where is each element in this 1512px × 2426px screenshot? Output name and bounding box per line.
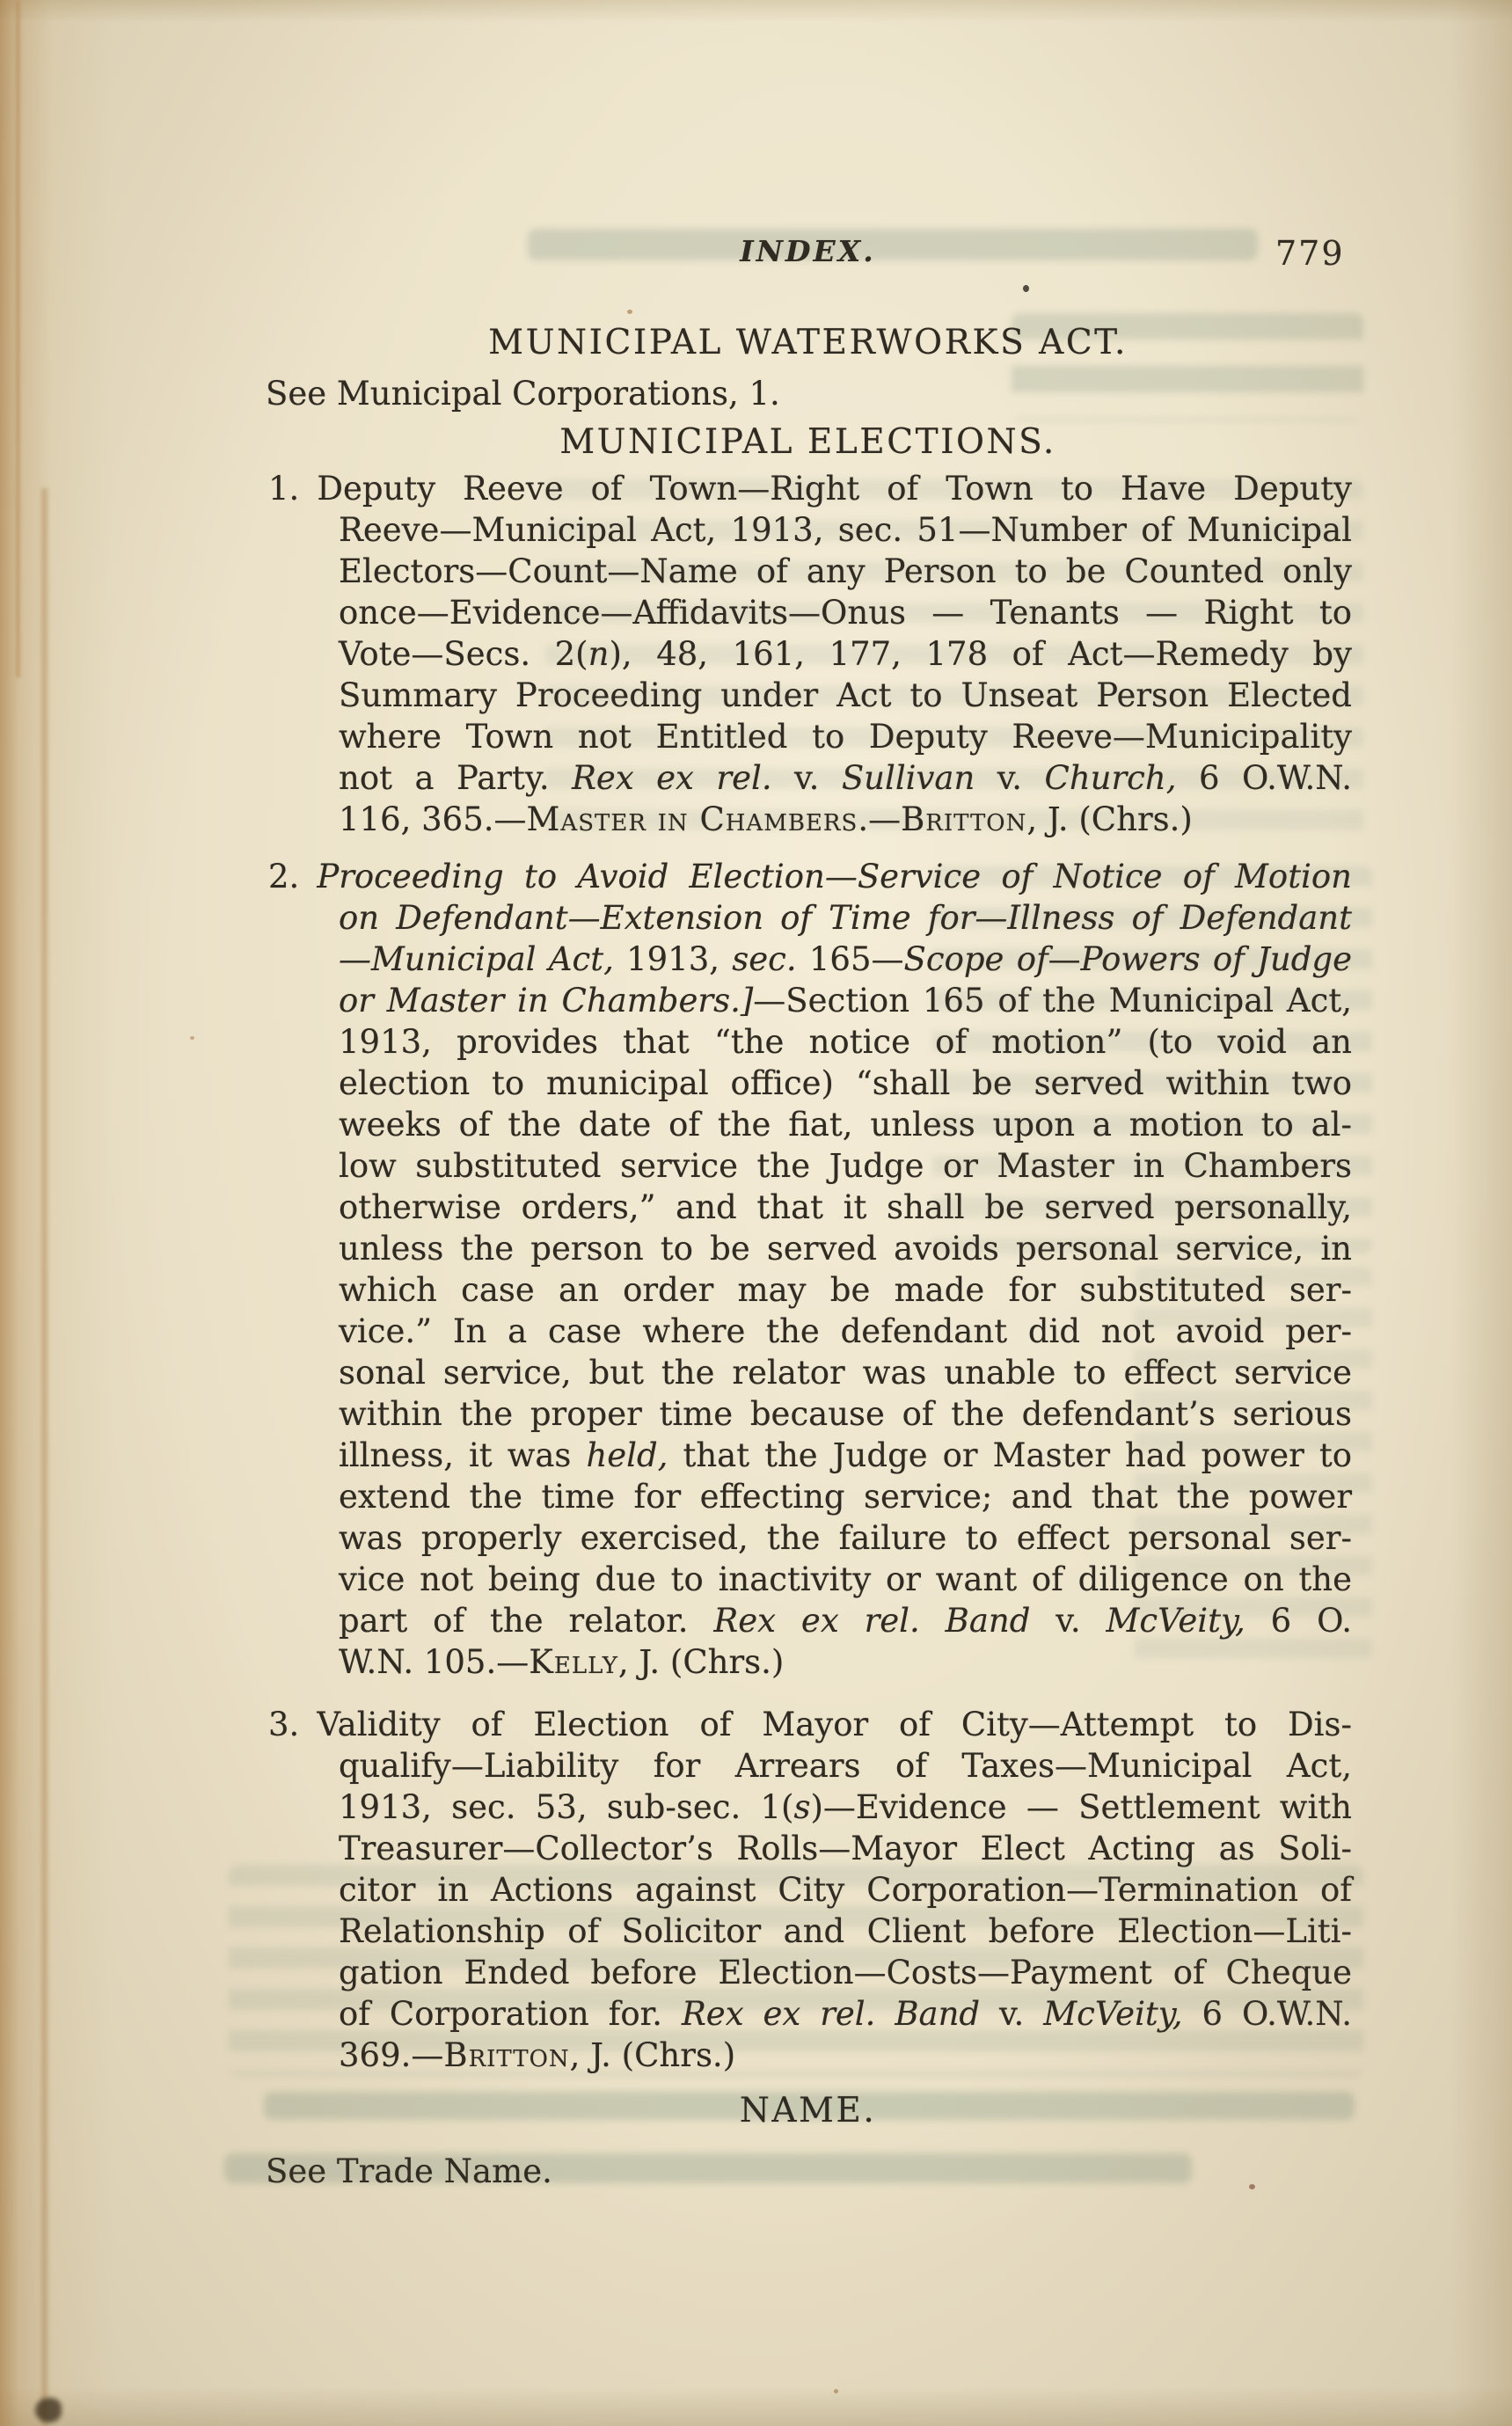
entry-line: extend the time for effecting service; a…	[339, 1476, 1352, 1517]
entry-line: W.N. 105.—Kelly, J. (Chrs.)	[339, 1641, 1352, 1683]
body-text: 1913, provides that “the notice of motio…	[339, 1023, 1352, 1061]
italic-text: Powers of Judge	[1081, 940, 1352, 978]
entry-line: low substituted service the Judge or Mas…	[339, 1145, 1352, 1187]
body-text: , J. (Chrs.)	[618, 1643, 784, 1681]
italic-text: Rex ex rel. Band	[682, 1995, 980, 2033]
smallcaps-text: Master in Chambers	[527, 800, 858, 838]
entry-line: Vote—Secs. 2(n), 48, 161, 177, 178 of Ac…	[339, 633, 1352, 675]
body-text: unless the person to be served avoids pe…	[339, 1230, 1352, 1268]
italic-text: —Municipal Act,	[339, 940, 614, 978]
body-text: 1913,	[614, 940, 732, 978]
entry-line: of Corporation for. Rex ex rel. Band v. …	[339, 1993, 1352, 2035]
body-text: W.N. 105.—	[339, 1643, 529, 1681]
body-text: not a Party.	[339, 759, 572, 797]
entry-line: vice not being due to inactivity or want…	[339, 1559, 1352, 1600]
italic-text: held,	[586, 1436, 668, 1474]
page-crease	[16, 0, 20, 677]
entry-line: Reeve—Municipal Act, 1913, sec. 51—Numbe…	[339, 509, 1352, 551]
italic-text: or Master in Chambers.]	[339, 982, 753, 1019]
entry-line: citor in Actions against City Corporatio…	[339, 1869, 1352, 1911]
body-text: Validity of Election of Mayor of City—At…	[317, 1706, 1352, 1743]
body-text: , J. (Chrs.)	[1026, 800, 1192, 838]
body-text: citor in Actions against City Corporatio…	[339, 1871, 1352, 1909]
body-text: 6 O.W.N.	[1183, 1995, 1352, 2033]
body-text: qualify—Liability for Arrears of Taxes—M…	[339, 1747, 1352, 1785]
index-entry-1: 1.Deputy Reeve of Town—Right of Town to …	[264, 468, 1352, 840]
body-text: )—Evidence — Settlement with	[810, 1788, 1352, 1826]
body-text: which case an order may be made for subs…	[339, 1271, 1352, 1309]
entry-number: 3.	[268, 1706, 299, 1743]
smallcaps-text: Kelly	[529, 1643, 618, 1681]
body-text: Electors—Count—Name of any Person to be …	[339, 552, 1352, 590]
body-text: sonal service, but the relator was unabl…	[339, 1354, 1352, 1392]
entry-line: once—Evidence—Affidavits—Onus — Tenants …	[339, 592, 1352, 633]
smallcaps-text: Britton	[443, 2036, 569, 2074]
paper-speck	[834, 2389, 838, 2393]
entry-line: was properly exercised, the failure to e…	[339, 1517, 1352, 1559]
body-text: illness, it was	[339, 1436, 586, 1474]
body-text: v.	[975, 759, 1044, 797]
paper-speck	[190, 1036, 194, 1040]
body-text: , J. (Chrs.)	[570, 2036, 735, 2074]
italic-text: s	[793, 1788, 810, 1826]
entry-line: part of the relator. Rex ex rel. Band v.…	[339, 1600, 1352, 1641]
italic-text: Church,	[1045, 759, 1177, 797]
section-heading-municipal-elections: MUNICIPAL ELECTIONS.	[264, 420, 1352, 464]
entry-number: 1.	[268, 470, 299, 508]
italic-text: Rex ex rel.	[572, 759, 772, 797]
body-text: part of the relator.	[339, 1602, 713, 1640]
body-text: .—	[858, 800, 901, 838]
entry-line: gation Ended before Election—Costs—Payme…	[339, 1952, 1352, 1993]
entry-line: otherwise orders,” and that it shall be …	[339, 1187, 1352, 1228]
paper-speck	[1249, 2184, 1255, 2189]
body-text: Vote—Secs. 2(	[339, 635, 588, 673]
body-text: within the proper time because of the de…	[339, 1395, 1352, 1433]
italic-text: Proceeding to Avoid Election—Service of …	[317, 858, 1352, 895]
entry-number: 2.	[268, 858, 299, 895]
cross-reference-see-municipal-corporations: See Municipal Corporations, 1.	[266, 373, 1352, 414]
italic-text: Rex ex rel.	[713, 1602, 919, 1640]
page-crease	[41, 488, 47, 2426]
entry-line: weeks of the date of the fiat, unless up…	[339, 1104, 1352, 1145]
entry-line: 2.Proceeding to Avoid Election—Service o…	[268, 856, 1352, 897]
entry-line: qualify—Liability for Arrears of Taxes—M…	[339, 1745, 1352, 1787]
text-column: MUNICIPAL WATERWORKS ACT.See Municipal C…	[264, 0, 1352, 2192]
italic-text: McVeity,	[1106, 1602, 1245, 1640]
body-text	[920, 1602, 946, 1640]
body-text: weeks of the date of the fiat, unless up…	[339, 1106, 1352, 1144]
body-text: otherwise orders,” and that it shall be …	[339, 1188, 1352, 1226]
body-text: 165—	[797, 940, 904, 978]
section-heading-municipal-waterworks-act: MUNICIPAL WATERWORKS ACT.	[264, 321, 1352, 365]
italic-text: n	[588, 635, 610, 673]
entry-line: which case an order may be made for subs…	[339, 1269, 1352, 1311]
body-text: 1913, sec. 53, sub-sec. 1(	[339, 1788, 793, 1826]
body-text: election to municipal office) “shall be …	[339, 1064, 1352, 1102]
body-text: vice not being due to inactivity or want…	[339, 1560, 1352, 1598]
body-text: v.	[980, 1995, 1043, 2033]
entry-line: sonal service, but the relator was unabl…	[339, 1352, 1352, 1393]
body-text: 6 O.	[1245, 1602, 1352, 1640]
entry-line: 1913, sec. 53, sub-sec. 1(s)—Evidence — …	[339, 1787, 1352, 1828]
entry-line: or Master in Chambers.]—Section 165 of t…	[339, 980, 1352, 1021]
entry-line: within the proper time because of the de…	[339, 1393, 1352, 1435]
index-entry-3: 3.Validity of Election of Mayor of City—…	[264, 1704, 1352, 2076]
body-text: of Corporation for.	[339, 1995, 682, 2033]
entry-line: Electors—Count—Name of any Person to be …	[339, 551, 1352, 592]
italic-text: Scope of	[904, 940, 1048, 978]
entry-line: 1913, provides that “the notice of motio…	[339, 1021, 1352, 1063]
entry-line: illness, it was held, that the Judge or …	[339, 1435, 1352, 1476]
body-text: Relationship of Solicitor and Client bef…	[339, 1912, 1352, 1950]
body-text: 116, 365.—	[339, 800, 527, 838]
body-text: ), 48, 161, 177, 178 of Act—Remedy by	[609, 635, 1352, 673]
entry-line: 1.Deputy Reeve of Town—Right of Town to …	[268, 468, 1352, 509]
body-text: Deputy Reeve of Town—Right of Town to Ha…	[317, 470, 1352, 508]
smallcaps-text: Britton	[901, 800, 1026, 838]
italic-text: sec.	[732, 940, 796, 978]
book-page: INDEX. 779 MUNICIPAL WATERWORKS ACT.See …	[0, 0, 1512, 2426]
entry-line: 369.—Britton, J. (Chrs.)	[339, 2035, 1352, 2076]
body-text: once—Evidence—Affidavits—Onus — Tenants …	[339, 594, 1352, 632]
entry-line: 116, 365.—Master in Chambers.—Britton, J…	[339, 799, 1352, 840]
section-heading-name: NAME.	[264, 2089, 1352, 2133]
body-text: Summary Proceeding under Act to Unseat P…	[339, 676, 1352, 714]
index-entry-2: 2.Proceeding to Avoid Election—Service o…	[264, 856, 1352, 1683]
entry-line: election to municipal office) “shall be …	[339, 1063, 1352, 1104]
body-text: 369.—	[339, 2036, 443, 2074]
entry-line: Summary Proceeding under Act to Unseat P…	[339, 675, 1352, 716]
entry-line: not a Party. Rex ex rel. v. Sullivan v. …	[339, 757, 1352, 799]
paper-speck	[627, 310, 632, 314]
body-text: Treasurer—Collector’s Rolls—Mayor Elect …	[339, 1830, 1352, 1867]
body-text: low substituted service the Judge or Mas…	[339, 1147, 1352, 1185]
body-text: Reeve—Municipal Act, 1913, sec. 51—Numbe…	[339, 511, 1352, 549]
italic-text: Band	[946, 1602, 1031, 1640]
body-text: where Town not Entitled to Deputy Reeve—…	[339, 718, 1352, 756]
entry-line: vice.” In a case where the defendant did…	[339, 1311, 1352, 1352]
entry-line: Treasurer—Collector’s Rolls—Mayor Elect …	[339, 1828, 1352, 1869]
body-text: extend the time for effecting service; a…	[339, 1478, 1352, 1516]
body-text: —	[1048, 940, 1081, 978]
paper-stain	[35, 2398, 62, 2422]
entry-line: 3.Validity of Election of Mayor of City—…	[268, 1704, 1352, 1745]
entry-line: unless the person to be served avoids pe…	[339, 1228, 1352, 1269]
italic-text: McVeity,	[1043, 1995, 1182, 2033]
body-text: vice.” In a case where the defendant did…	[339, 1312, 1352, 1350]
entry-line: on Defendant—Extension of Time for—Illne…	[339, 897, 1352, 939]
body-text: was properly exercised, the failure to e…	[339, 1519, 1352, 1557]
body-text: that the Judge or Master had power to	[668, 1436, 1352, 1474]
entry-line: —Municipal Act, 1913, sec. 165—Scope of—…	[339, 939, 1352, 980]
cross-reference-see-trade-name: See Trade Name.	[266, 2151, 1352, 2192]
body-text: —Section 165 of the Municipal Act,	[753, 982, 1352, 1019]
entry-line: where Town not Entitled to Deputy Reeve—…	[339, 716, 1352, 757]
body-text: v.	[772, 759, 842, 797]
italic-text: Sullivan	[842, 759, 975, 797]
body-text: 6 O.W.N.	[1177, 759, 1353, 797]
italic-text: on Defendant—Extension of Time for—Illne…	[339, 899, 1352, 937]
body-text: gation Ended before Election—Costs—Payme…	[339, 1954, 1352, 1991]
body-text: v.	[1030, 1602, 1106, 1640]
entry-line: Relationship of Solicitor and Client bef…	[339, 1911, 1352, 1952]
